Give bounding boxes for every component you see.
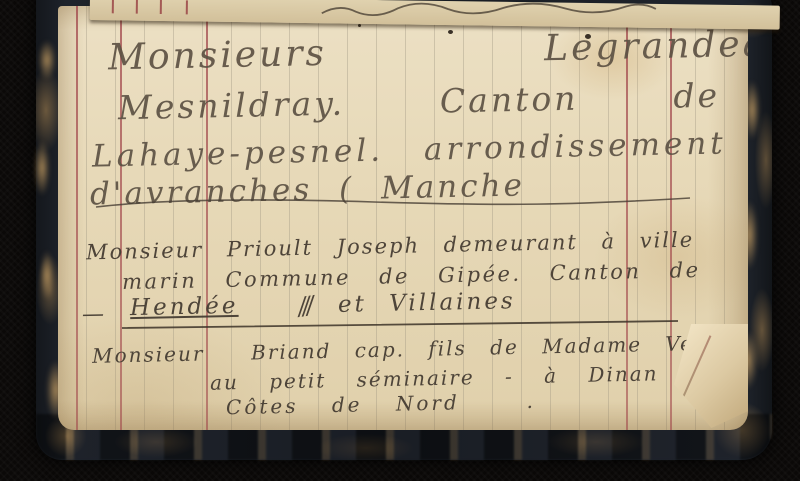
red-tick-mark	[112, 0, 114, 13]
previous-page-scribble	[320, 1, 660, 24]
photo-background: { "theme": { "background": "#0b0908", "l…	[0, 0, 800, 481]
notebook-page: Monsieurs Legrandeaux Mesnildray. Canton…	[58, 6, 748, 430]
entry-briand-line-3: Côtes de Nord .	[226, 389, 536, 419]
entry-prioult-line-1: Monsieur Prioult Joseph demeurant à vill…	[86, 228, 695, 265]
red-rule-5	[670, 6, 672, 430]
entry-legrandeaux-line-2: Mesnildray. Canton de	[118, 76, 721, 128]
entry-legrandeaux-line-1: Monsieurs Legrandeaux	[108, 23, 748, 79]
underline-ink-line	[122, 318, 682, 330]
red-tick-mark	[186, 0, 188, 14]
wear-spot	[38, 40, 56, 80]
strikethrough-scribble: ///	[296, 291, 312, 320]
separator-ink-line	[94, 194, 694, 210]
entry-briand-line-2: au petit séminaire - à Dinan	[210, 361, 659, 394]
entry-legrandeaux-line-3: Lahaye-pesnel. arrondissement	[92, 125, 727, 174]
entry-prioult-dash: —	[82, 302, 105, 327]
ink-speck	[358, 24, 361, 27]
entry-prioult-place-villaines: et Villaines	[338, 288, 516, 318]
red-tick-mark	[160, 0, 162, 14]
entry-prioult-line-2: marin Commune de Gipée. Canton de	[122, 258, 701, 294]
red-tick-mark	[136, 0, 138, 14]
wear-spot	[40, 250, 54, 300]
entry-prioult-place-hendee: Hendée	[130, 293, 239, 321]
wear-spot	[34, 140, 50, 196]
red-rule-1	[76, 6, 78, 430]
